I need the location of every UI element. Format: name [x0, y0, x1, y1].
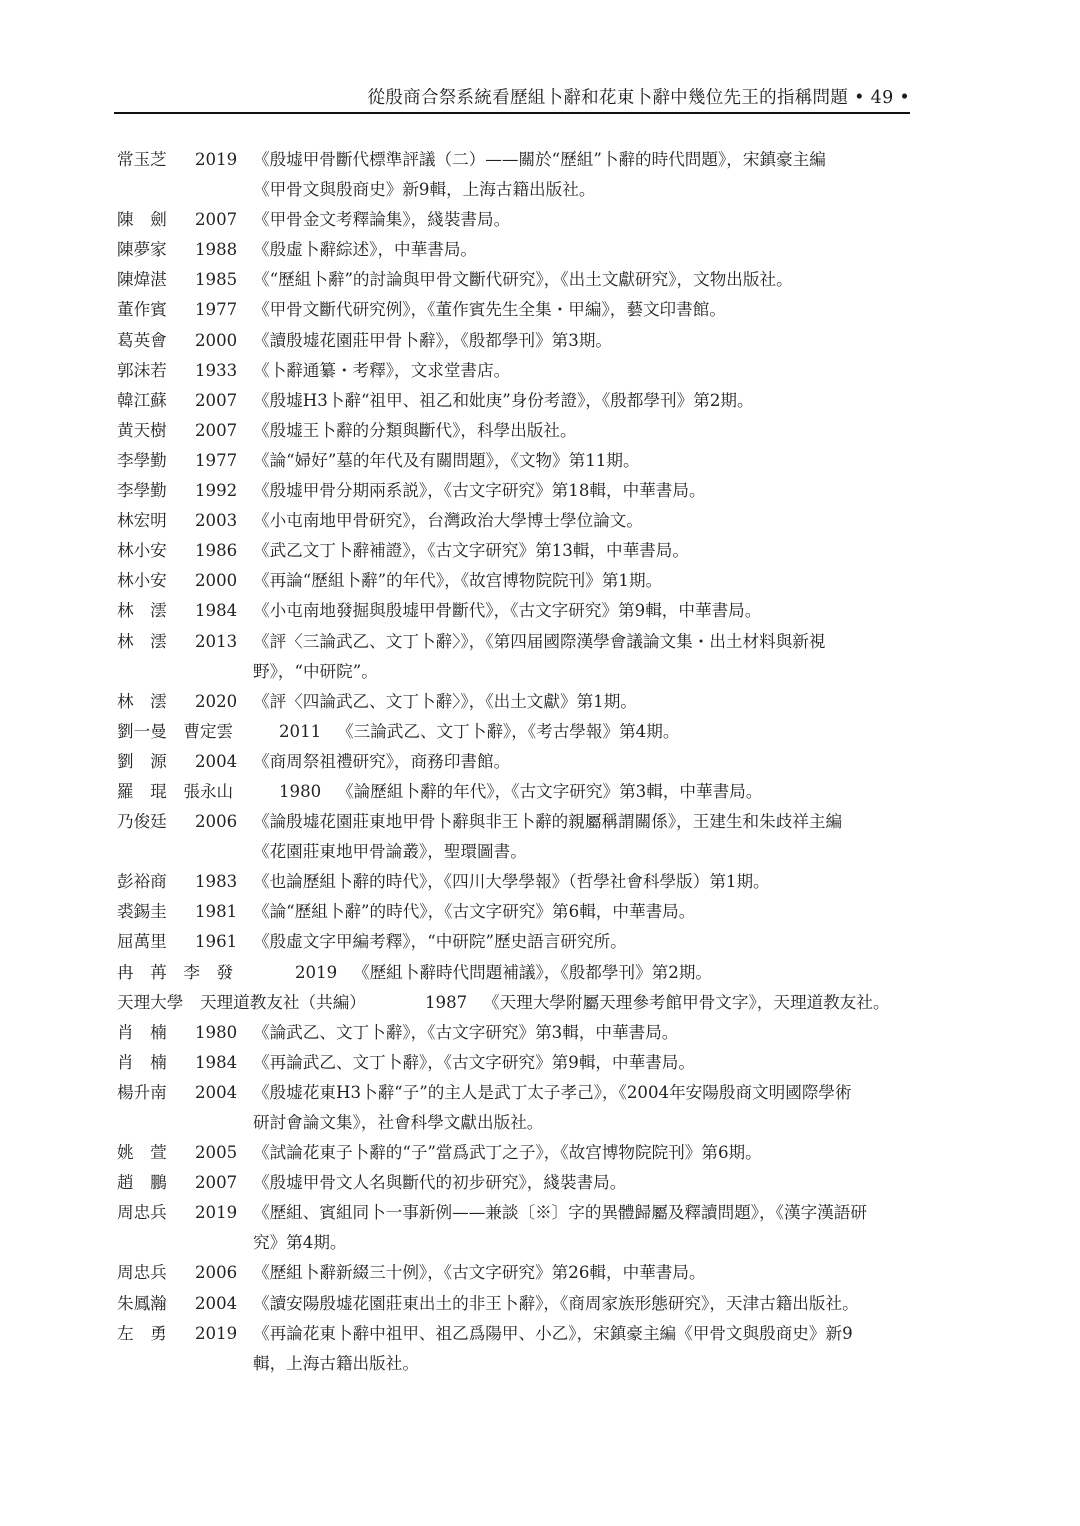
reference-title: 《卜辭通纂・考釋》，文求堂書店。 — [253, 361, 510, 380]
reference-author: 趙 鵬 — [117, 1168, 195, 1198]
reference-title: 《殷虛文字甲編考釋》，“中研院”歷史語言研究所。 — [253, 932, 627, 951]
reference-first-line: 姚 萱2005《試論花東子卜辭的“子”當爲武丁之子》，《故宫博物院院刊》第6期。 — [117, 1138, 957, 1168]
reference-entry: 彭裕商1983《也論歷組卜辭的時代》，《四川大學學報》（哲學社會科學版）第1期。 — [117, 867, 957, 897]
reference-entry: 林小安1986《武乙文丁卜辭補證》，《古文字研究》第13輯，中華書局。 — [117, 536, 957, 566]
reference-author: 陳夢家 — [117, 235, 195, 265]
reference-first-line: 韓江蘇2007《殷墟H3卜辭“祖甲、祖乙和妣庚”身份考證》，《殷都學刊》第2期。 — [117, 386, 957, 416]
reference-first-line: 陳煒湛1985《“歷組卜辭”的討論與甲骨文斷代研究》，《出土文獻研究》，文物出版… — [117, 265, 957, 295]
reference-first-line: 左 勇2019《再論花東卜辭中祖甲、祖乙爲陽甲、小乙》，宋鎮豪主編《甲骨文與殷商… — [117, 1319, 957, 1349]
reference-title: 《甲骨金文考釋論集》，綫裝書局。 — [253, 210, 510, 229]
reference-author: 周忠兵 — [117, 1198, 195, 1228]
reference-title: 《歷組卜辭時代問題補議》，《殷都學刊》第2期。 — [353, 963, 712, 982]
reference-first-line: 林 澐2013《評〈三論武乙、文丁卜辭〉》，《第四届國際漢學會議論文集・出土材料… — [117, 627, 957, 657]
reference-first-line: 林 澐1984《小屯南地發掘與殷墟甲骨斷代》，《古文字研究》第9輯，中華書局。 — [117, 596, 957, 626]
reference-first-line: 陳 劍2007《甲骨金文考釋論集》，綫裝書局。 — [117, 205, 957, 235]
reference-first-line: 劉一曼 曹定雲2011《三論武乙、文丁卜辭》，《考古學報》第4期。 — [117, 717, 957, 747]
reference-title: 《殷墟花東H3卜辭“子”的主人是武丁太子孝己》，《2004年安陽殷商文明國際學術 — [253, 1083, 852, 1102]
reference-year: 2003 — [195, 506, 253, 536]
reference-year: 2006 — [195, 1258, 253, 1288]
reference-year: 1992 — [195, 476, 253, 506]
reference-author: 肖 楠 — [117, 1048, 195, 1078]
reference-title: 《試論花東子卜辭的“子”當爲武丁之子》，《故宫博物院院刊》第6期。 — [253, 1143, 762, 1162]
reference-year: 1984 — [195, 1048, 253, 1078]
reference-entry: 林 澐2020《評〈四論武乙、文丁卜辭〉》，《出土文獻》第1期。 — [117, 687, 957, 717]
reference-entry: 董作賓1977《甲骨文斷代研究例》，《董作賓先生全集・甲編》，藝文印書館。 — [117, 295, 957, 325]
reference-year: 2000 — [195, 566, 253, 596]
reference-year: 1985 — [195, 265, 253, 295]
reference-title: 《再論花東卜辭中祖甲、祖乙爲陽甲、小乙》，宋鎮豪主編《甲骨文與殷商史》新9 — [253, 1324, 853, 1343]
reference-first-line: 葛英會2000《讀殷墟花園莊甲骨卜辭》，《殷都學刊》第3期。 — [117, 326, 957, 356]
reference-author: 林 澐 — [117, 687, 195, 717]
reference-first-line: 李學勤1977《論“婦好”墓的年代及有關問題》，《文物》第11期。 — [117, 446, 957, 476]
reference-year: 2019 — [195, 1198, 253, 1228]
reference-entry: 林 澐2013《評〈三論武乙、文丁卜辭〉》，《第四届國際漢學會議論文集・出土材料… — [117, 627, 957, 687]
reference-author: 葛英會 — [117, 326, 195, 356]
reference-continuation: 研討會論文集》，社會科學文獻出版社。 — [117, 1108, 957, 1138]
reference-author: 李學勤 — [117, 476, 195, 506]
reference-first-line: 朱鳳瀚2004《讀安陽殷墟花園莊東出土的非王卜辭》，《商周家族形態研究》，天津古… — [117, 1289, 957, 1319]
reference-entry: 裘錫圭1981《論“歷組卜辭”的時代》，《古文字研究》第6輯，中華書局。 — [117, 897, 957, 927]
reference-first-line: 彭裕商1983《也論歷組卜辭的時代》，《四川大學學報》（哲學社會科學版）第1期。 — [117, 867, 957, 897]
reference-first-line: 肖 楠1980《論武乙、文丁卜辭》，《古文字研究》第3輯，中華書局。 — [117, 1018, 957, 1048]
reference-author: 羅 琨 張永山 — [117, 777, 279, 807]
reference-entry: 韓江蘇2007《殷墟H3卜辭“祖甲、祖乙和妣庚”身份考證》，《殷都學刊》第2期。 — [117, 386, 957, 416]
header-rule — [114, 112, 910, 114]
reference-first-line: 羅 琨 張永山1980《論歷組卜辭的年代》，《古文字研究》第3輯，中華書局。 — [117, 777, 957, 807]
reference-entry: 冉 苒 李 發2019《歷組卜辭時代問題補議》，《殷都學刊》第2期。 — [117, 958, 957, 988]
reference-entry: 劉一曼 曹定雲2011《三論武乙、文丁卜辭》，《考古學報》第4期。 — [117, 717, 957, 747]
reference-title: 《再論武乙、文丁卜辭》，《古文字研究》第9輯，中華書局。 — [253, 1053, 695, 1072]
page-number: • 49 • — [854, 88, 910, 108]
reference-title: 《甲骨文斷代研究例》，《董作賓先生全集・甲編》，藝文印書館。 — [253, 300, 726, 319]
reference-first-line: 常玉芝2019《殷墟甲骨斷代標準評議（二）——關於“歷組”卜辭的時代問題》，宋鎮… — [117, 145, 957, 175]
reference-entry: 楊升南2004《殷墟花東H3卜辭“子”的主人是武丁太子孝己》，《2004年安陽殷… — [117, 1078, 957, 1138]
reference-entry: 郭沫若1933《卜辭通纂・考釋》，文求堂書店。 — [117, 356, 957, 386]
reference-entry: 林小安2000《再論“歷組卜辭”的年代》，《故宫博物院院刊》第1期。 — [117, 566, 957, 596]
reference-author: 劉一曼 曹定雲 — [117, 717, 279, 747]
reference-title: 《殷墟H3卜辭“祖甲、祖乙和妣庚”身份考證》，《殷都學刊》第2期。 — [253, 391, 754, 410]
reference-first-line: 冉 苒 李 發2019《歷組卜辭時代問題補議》，《殷都學刊》第2期。 — [117, 958, 957, 988]
reference-title: 《天理大學附屬天理參考館甲骨文字》，天理道教友社。 — [483, 993, 890, 1012]
reference-author: 陳煒湛 — [117, 265, 195, 295]
reference-author: 裘錫圭 — [117, 897, 195, 927]
reference-entry: 葛英會2000《讀殷墟花園莊甲骨卜辭》，《殷都學刊》第3期。 — [117, 326, 957, 356]
reference-year: 2007 — [195, 386, 253, 416]
reference-year: 1977 — [195, 295, 253, 325]
reference-first-line: 趙 鵬2007《殷墟甲骨文人名與斷代的初步研究》，綫裝書局。 — [117, 1168, 957, 1198]
reference-entry: 周忠兵2006《歷組卜辭新綴三十例》，《古文字研究》第26輯，中華書局。 — [117, 1258, 957, 1288]
reference-author: 常玉芝 — [117, 145, 195, 175]
reference-author: 楊升南 — [117, 1078, 195, 1108]
reference-author: 林小安 — [117, 566, 195, 596]
reference-author: 李學勤 — [117, 446, 195, 476]
reference-year: 2000 — [195, 326, 253, 356]
reference-entry: 姚 萱2005《試論花東子卜辭的“子”當爲武丁之子》，《故宫博物院院刊》第6期。 — [117, 1138, 957, 1168]
reference-first-line: 林小安2000《再論“歷組卜辭”的年代》，《故宫博物院院刊》第1期。 — [117, 566, 957, 596]
reference-entry: 李學勤1977《論“婦好”墓的年代及有關問題》，《文物》第11期。 — [117, 446, 957, 476]
reference-first-line: 董作賓1977《甲骨文斷代研究例》，《董作賓先生全集・甲編》，藝文印書館。 — [117, 295, 957, 325]
reference-year: 2004 — [195, 1078, 253, 1108]
reference-entry: 陳夢家1988《殷虛卜辭綜述》，中華書局。 — [117, 235, 957, 265]
reference-continuation: 《花園莊東地甲骨論叢》，聖環圖書。 — [117, 837, 957, 867]
reference-entry: 陳煒湛1985《“歷組卜辭”的討論與甲骨文斷代研究》，《出土文獻研究》，文物出版… — [117, 265, 957, 295]
reference-first-line: 林小安1986《武乙文丁卜辭補證》，《古文字研究》第13輯，中華書局。 — [117, 536, 957, 566]
reference-title: 《小屯南地甲骨研究》，台灣政治大學博士學位論文。 — [253, 511, 643, 530]
reference-entry: 屈萬里1961《殷虛文字甲編考釋》，“中研院”歷史語言研究所。 — [117, 927, 957, 957]
running-head: 從殷商合祭系統看歷組卜辭和花東卜辭中幾位先王的指稱問題• 49 • — [114, 86, 910, 110]
reference-entry: 左 勇2019《再論花東卜辭中祖甲、祖乙爲陽甲、小乙》，宋鎮豪主編《甲骨文與殷商… — [117, 1319, 957, 1379]
reference-first-line: 李學勤1992《殷墟甲骨分期兩系説》，《古文字研究》第18輯，中華書局。 — [117, 476, 957, 506]
reference-title: 《商周祭祖禮研究》，商務印書館。 — [253, 752, 510, 771]
reference-title: 《小屯南地發掘與殷墟甲骨斷代》，《古文字研究》第9輯，中華書局。 — [253, 601, 761, 620]
reference-entry: 常玉芝2019《殷墟甲骨斷代標準評議（二）——關於“歷組”卜辭的時代問題》，宋鎮… — [117, 145, 957, 205]
reference-title: 《歷組卜辭新綴三十例》，《古文字研究》第26輯，中華書局。 — [253, 1263, 706, 1282]
reference-author: 左 勇 — [117, 1319, 195, 1349]
reference-entry: 肖 楠1980《論武乙、文丁卜辭》，《古文字研究》第3輯，中華書局。 — [117, 1018, 957, 1048]
reference-year: 1987 — [425, 988, 483, 1018]
reference-first-line: 郭沫若1933《卜辭通纂・考釋》，文求堂書店。 — [117, 356, 957, 386]
reference-author: 郭沫若 — [117, 356, 195, 386]
reference-title: 《論武乙、文丁卜辭》，《古文字研究》第3輯，中華書局。 — [253, 1023, 678, 1042]
reference-entry: 周忠兵2019《歷組、賓組同卜一事新例——兼談〔※〕字的異體歸屬及釋讀問題》，《… — [117, 1198, 957, 1258]
reference-list: 常玉芝2019《殷墟甲骨斷代標準評議（二）——關於“歷組”卜辭的時代問題》，宋鎮… — [117, 145, 957, 1379]
reference-year: 1988 — [195, 235, 253, 265]
reference-year: 1961 — [195, 927, 253, 957]
reference-year: 2007 — [195, 1168, 253, 1198]
reference-entry: 劉 源2004《商周祭祖禮研究》，商務印書館。 — [117, 747, 957, 777]
reference-author: 彭裕商 — [117, 867, 195, 897]
reference-author: 韓江蘇 — [117, 386, 195, 416]
running-head-title: 從殷商合祭系統看歷組卜辭和花東卜辭中幾位先王的指稱問題 — [368, 88, 849, 108]
reference-title: 《讀殷墟花園莊甲骨卜辭》，《殷都學刊》第3期。 — [253, 331, 612, 350]
reference-first-line: 肖 楠1984《再論武乙、文丁卜辭》，《古文字研究》第9輯，中華書局。 — [117, 1048, 957, 1078]
reference-entry: 朱鳳瀚2004《讀安陽殷墟花園莊東出土的非王卜辭》，《商周家族形態研究》，天津古… — [117, 1289, 957, 1319]
reference-author: 天理大學 天理道教友社（共編） — [117, 988, 425, 1018]
reference-author: 屈萬里 — [117, 927, 195, 957]
reference-title: 《殷虛卜辭綜述》，中華書局。 — [253, 240, 477, 259]
reference-year: 2007 — [195, 416, 253, 446]
reference-entry: 趙 鵬2007《殷墟甲骨文人名與斷代的初步研究》，綫裝書局。 — [117, 1168, 957, 1198]
reference-year: 1986 — [195, 536, 253, 566]
document-page: 從殷商合祭系統看歷組卜辭和花東卜辭中幾位先王的指稱問題• 49 • 常玉芝201… — [0, 0, 1080, 1526]
reference-title: 《武乙文丁卜辭補證》，《古文字研究》第13輯，中華書局。 — [253, 541, 689, 560]
reference-year: 1981 — [195, 897, 253, 927]
reference-title: 《評〈四論武乙、文丁卜辭〉》，《出土文獻》第1期。 — [253, 692, 637, 711]
reference-author: 冉 苒 李 發 — [117, 958, 295, 988]
reference-year: 2013 — [195, 627, 253, 657]
reference-entry: 陳 劍2007《甲骨金文考釋論集》，綫裝書局。 — [117, 205, 957, 235]
reference-first-line: 劉 源2004《商周祭祖禮研究》，商務印書館。 — [117, 747, 957, 777]
reference-author: 林小安 — [117, 536, 195, 566]
reference-continuation: 輯，上海古籍出版社。 — [117, 1349, 957, 1379]
reference-author: 董作賓 — [117, 295, 195, 325]
reference-year: 2019 — [195, 1319, 253, 1349]
reference-year: 2011 — [279, 717, 337, 747]
reference-entry: 羅 琨 張永山1980《論歷組卜辭的年代》，《古文字研究》第3輯，中華書局。 — [117, 777, 957, 807]
reference-entry: 乃俊廷2006《論殷墟花園莊東地甲骨卜辭與非王卜辭的親屬稱謂關係》，王建生和朱歧… — [117, 807, 957, 867]
reference-first-line: 屈萬里1961《殷虛文字甲編考釋》，“中研院”歷史語言研究所。 — [117, 927, 957, 957]
reference-first-line: 裘錫圭1981《論“歷組卜辭”的時代》，《古文字研究》第6輯，中華書局。 — [117, 897, 957, 927]
reference-continuation: 究》第4期。 — [117, 1228, 957, 1258]
reference-author: 姚 萱 — [117, 1138, 195, 1168]
reference-title: 《讀安陽殷墟花園莊東出土的非王卜辭》，《商周家族形態研究》，天津古籍出版社。 — [253, 1294, 859, 1313]
reference-author: 周忠兵 — [117, 1258, 195, 1288]
reference-year: 2019 — [295, 958, 353, 988]
reference-year: 2004 — [195, 747, 253, 777]
reference-year: 1977 — [195, 446, 253, 476]
reference-title: 《評〈三論武乙、文丁卜辭〉》，《第四届國際漢學會議論文集・出土材料與新視 — [253, 632, 825, 651]
reference-year: 2007 — [195, 205, 253, 235]
reference-author: 肖 楠 — [117, 1018, 195, 1048]
reference-first-line: 楊升南2004《殷墟花東H3卜辭“子”的主人是武丁太子孝己》，《2004年安陽殷… — [117, 1078, 957, 1108]
reference-title: 《歷組、賓組同卜一事新例——兼談〔※〕字的異體歸屬及釋讀問題》，《漢字漢語研 — [253, 1203, 867, 1222]
reference-title: 《論“歷組卜辭”的時代》，《古文字研究》第6輯，中華書局。 — [253, 902, 695, 921]
reference-year: 2020 — [195, 687, 253, 717]
reference-first-line: 天理大學 天理道教友社（共編）1987《天理大學附屬天理參考館甲骨文字》，天理道… — [117, 988, 957, 1018]
reference-author: 朱鳳瀚 — [117, 1289, 195, 1319]
reference-year: 1983 — [195, 867, 253, 897]
reference-year: 1980 — [195, 1018, 253, 1048]
reference-author: 乃俊廷 — [117, 807, 195, 837]
reference-continuation: 野》，“中研院”。 — [117, 657, 957, 687]
reference-first-line: 周忠兵2019《歷組、賓組同卜一事新例——兼談〔※〕字的異體歸屬及釋讀問題》，《… — [117, 1198, 957, 1228]
reference-entry: 林 澐1984《小屯南地發掘與殷墟甲骨斷代》，《古文字研究》第9輯，中華書局。 — [117, 596, 957, 626]
reference-entry: 李學勤1992《殷墟甲骨分期兩系説》，《古文字研究》第18輯，中華書局。 — [117, 476, 957, 506]
reference-year: 2019 — [195, 145, 253, 175]
reference-entry: 黄天樹2007《殷墟王卜辭的分類與斷代》，科學出版社。 — [117, 416, 957, 446]
reference-first-line: 乃俊廷2006《論殷墟花園莊東地甲骨卜辭與非王卜辭的親屬稱謂關係》，王建生和朱歧… — [117, 807, 957, 837]
reference-author: 林 澐 — [117, 596, 195, 626]
reference-year: 1933 — [195, 356, 253, 386]
reference-first-line: 黄天樹2007《殷墟王卜辭的分類與斷代》，科學出版社。 — [117, 416, 957, 446]
reference-title: 《殷墟甲骨分期兩系説》，《古文字研究》第18輯，中華書局。 — [253, 481, 706, 500]
reference-author: 林 澐 — [117, 627, 195, 657]
reference-title: 《再論“歷組卜辭”的年代》，《故宫博物院院刊》第1期。 — [253, 571, 662, 590]
reference-year: 1984 — [195, 596, 253, 626]
reference-first-line: 周忠兵2006《歷組卜辭新綴三十例》，《古文字研究》第26輯，中華書局。 — [117, 1258, 957, 1288]
reference-title: 《殷墟王卜辭的分類與斷代》，科學出版社。 — [253, 421, 577, 440]
reference-title: 《論殷墟花園莊東地甲骨卜辭與非王卜辭的親屬稱謂關係》，王建生和朱歧祥主編 — [253, 812, 842, 831]
reference-title: 《也論歷組卜辭的時代》，《四川大學學報》（哲學社會科學版）第1期。 — [253, 872, 770, 891]
reference-entry: 林宏明2003《小屯南地甲骨研究》，台灣政治大學博士學位論文。 — [117, 506, 957, 536]
reference-first-line: 林 澐2020《評〈四論武乙、文丁卜辭〉》，《出土文獻》第1期。 — [117, 687, 957, 717]
reference-year: 1980 — [279, 777, 337, 807]
reference-author: 黄天樹 — [117, 416, 195, 446]
reference-title: 《論歷組卜辭的年代》，《古文字研究》第3輯，中華書局。 — [337, 782, 762, 801]
reference-entry: 肖 楠1984《再論武乙、文丁卜辭》，《古文字研究》第9輯，中華書局。 — [117, 1048, 957, 1078]
reference-title: 《殷墟甲骨文人名與斷代的初步研究》，綫裝書局。 — [253, 1173, 626, 1192]
reference-title: 《“歷組卜辭”的討論與甲骨文斷代研究》，《出土文獻研究》，文物出版社。 — [253, 270, 793, 289]
reference-year: 2004 — [195, 1289, 253, 1319]
reference-continuation: 《甲骨文與殷商史》新9輯，上海古籍出版社。 — [117, 175, 957, 205]
reference-title: 《三論武乙、文丁卜辭》，《考古學報》第4期。 — [337, 722, 679, 741]
reference-author: 陳 劍 — [117, 205, 195, 235]
reference-year: 2005 — [195, 1138, 253, 1168]
reference-author: 劉 源 — [117, 747, 195, 777]
reference-entry: 天理大學 天理道教友社（共編）1987《天理大學附屬天理參考館甲骨文字》，天理道… — [117, 988, 957, 1018]
reference-year: 2006 — [195, 807, 253, 837]
reference-first-line: 林宏明2003《小屯南地甲骨研究》，台灣政治大學博士學位論文。 — [117, 506, 957, 536]
reference-title: 《論“婦好”墓的年代及有關問題》，《文物》第11期。 — [253, 451, 640, 470]
reference-title: 《殷墟甲骨斷代標準評議（二）——關於“歷組”卜辭的時代問題》，宋鎮豪主編 — [253, 150, 826, 169]
reference-first-line: 陳夢家1988《殷虛卜辭綜述》，中華書局。 — [117, 235, 957, 265]
reference-author: 林宏明 — [117, 506, 195, 536]
